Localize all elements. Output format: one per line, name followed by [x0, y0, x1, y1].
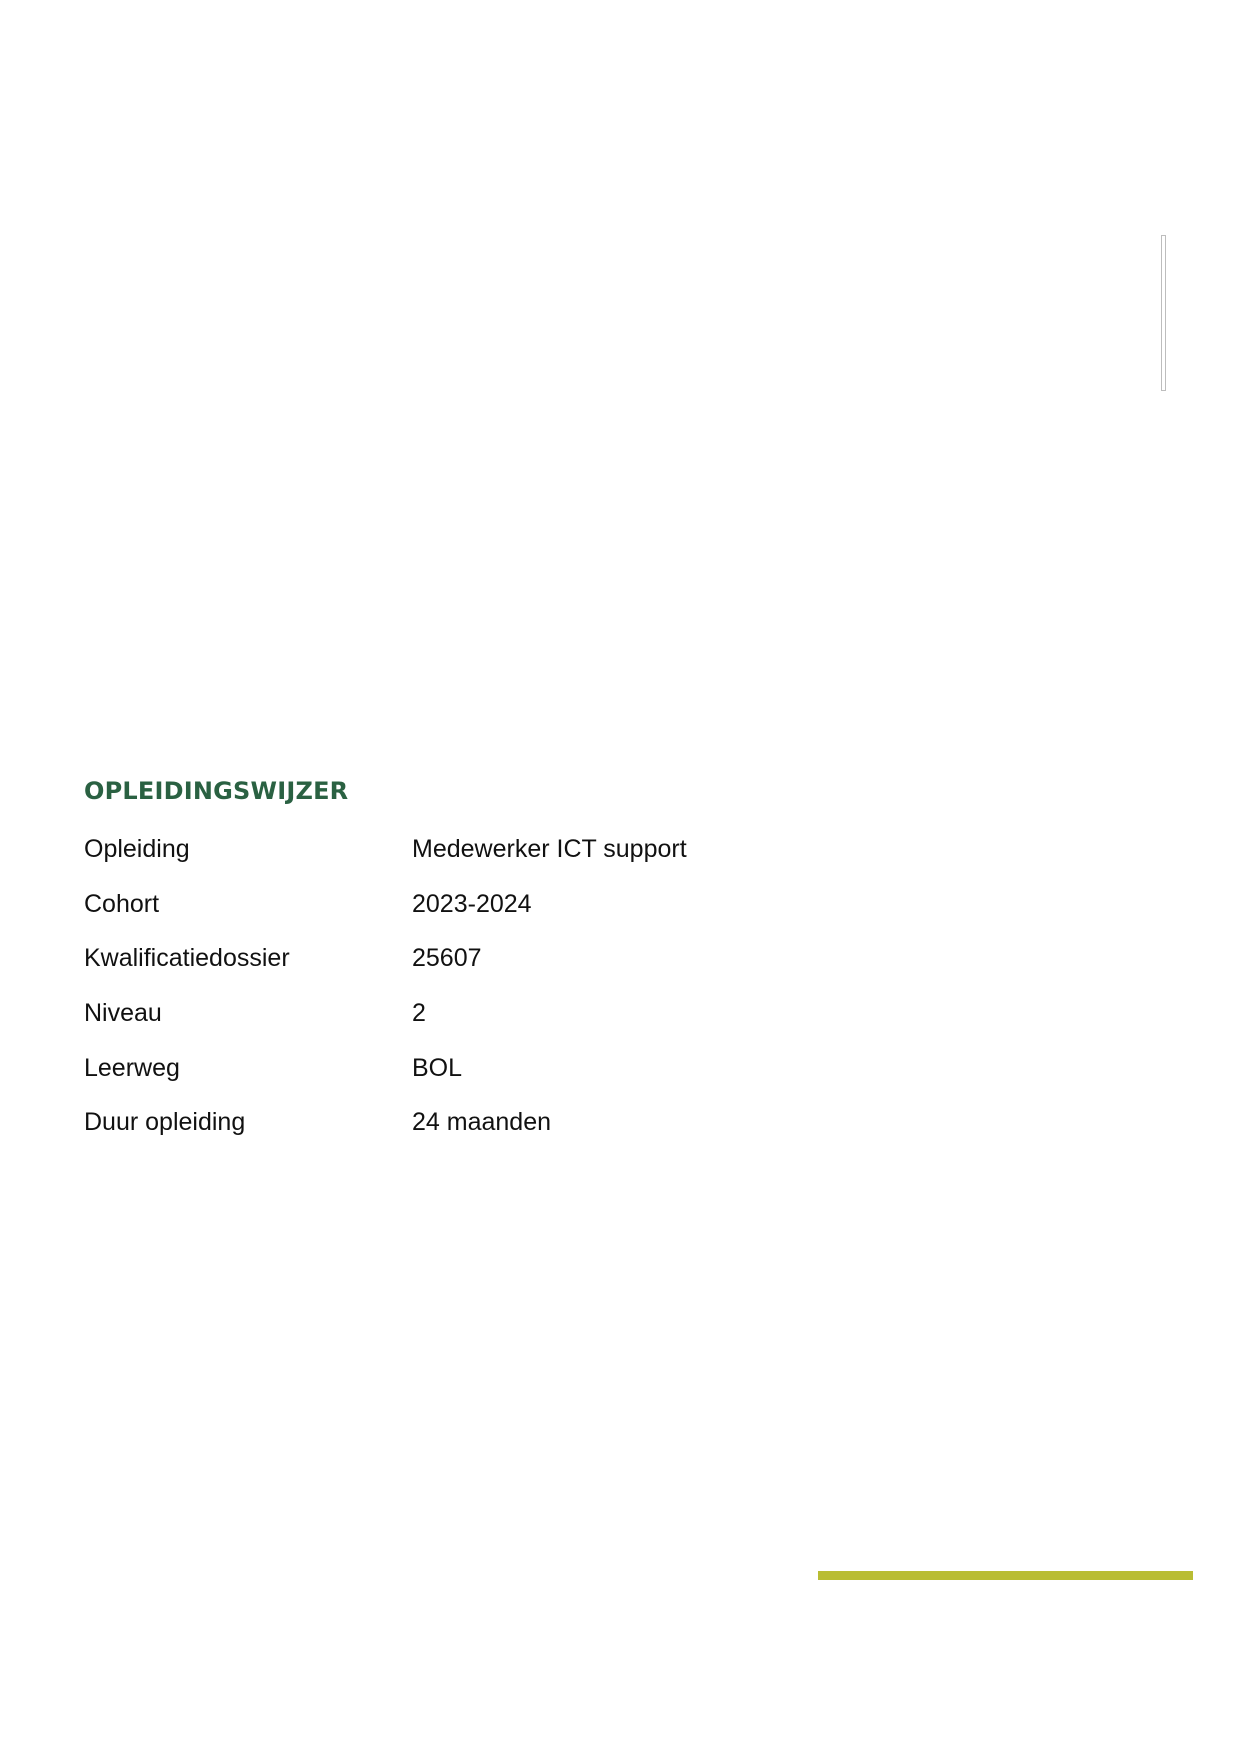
table-row-opleiding: Opleiding Medewerker ICT support	[84, 822, 687, 877]
side-marker-frame	[1161, 235, 1166, 391]
row-label: Leerweg	[84, 1040, 412, 1095]
row-value: 25607	[412, 931, 687, 986]
table-row-niveau: Niveau 2	[84, 986, 687, 1041]
info-table: Opleiding Medewerker ICT support Cohort …	[84, 822, 687, 1150]
accent-bar-divider	[818, 1571, 1193, 1580]
row-value: 2023-2024	[412, 877, 687, 932]
row-value: BOL	[412, 1040, 687, 1095]
row-value: Medewerker ICT support	[412, 822, 687, 877]
table-row-cohort: Cohort 2023-2024	[84, 877, 687, 932]
section-title: OPLEIDINGSWIJZER	[84, 774, 784, 808]
row-value: 2	[412, 986, 687, 1041]
row-label: Duur opleiding	[84, 1095, 412, 1150]
row-label: Kwalificatiedossier	[84, 931, 412, 986]
table-row-leerweg: Leerweg BOL	[84, 1040, 687, 1095]
table-row-duur-opleiding: Duur opleiding 24 maanden	[84, 1095, 687, 1150]
table-row-kwalificatiedossier: Kwalificatiedossier 25607	[84, 931, 687, 986]
row-label: Cohort	[84, 877, 412, 932]
row-label: Niveau	[84, 986, 412, 1041]
row-value: 24 maanden	[412, 1095, 687, 1150]
row-label: Opleiding	[84, 822, 412, 877]
opleidingswijzer-section: OPLEIDINGSWIJZER Opleiding Medewerker IC…	[84, 774, 784, 1150]
